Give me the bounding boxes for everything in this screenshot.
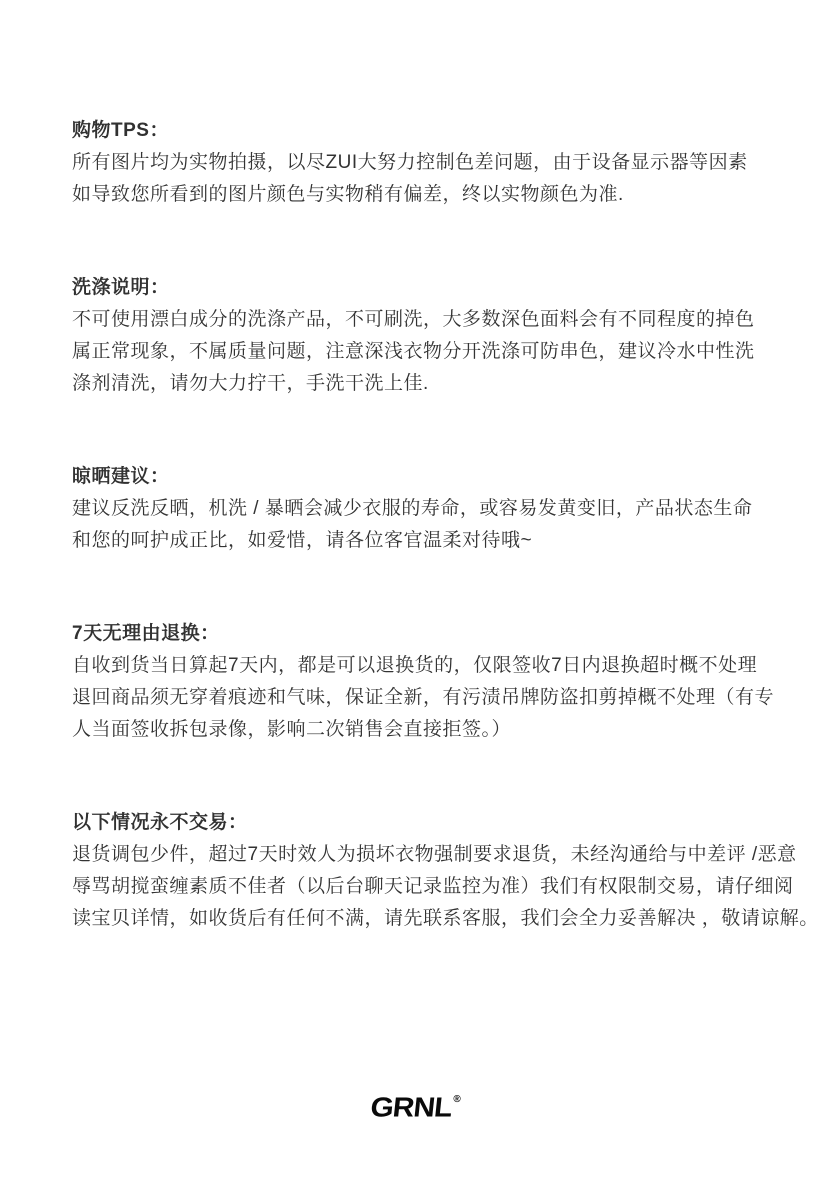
section-text-line: 建议反洗反晒，机洗 / 暴晒会减少衣服的寿命，或容易发黄变旧，产品状态生命 [72, 493, 790, 525]
section-text-line: 如导致您所看到的图片颜色与实物稍有偏差，终以实物颜色为准. [72, 179, 790, 211]
product-policy-page: 购物TPS： 所有图片均为实物拍摄，以尽ZUI大努力控制色差问题，由于设备显示器… [0, 0, 830, 1200]
section-washing-instructions: 洗涤说明： 不可使用漂白成分的洗涤产品，不可刷洗，大多数深色面料会有不同程度的掉… [72, 272, 790, 400]
section-text-line: 退回商品须无穿着痕迹和气味，保证全新，有污渍吊牌防盗扣剪掉概不处理（有专 [72, 682, 790, 714]
section-heading-drying-advice: 晾晒建议： [72, 461, 790, 493]
policy-sections: 购物TPS： 所有图片均为实物拍摄，以尽ZUI大努力控制色差问题，由于设备显示器… [72, 115, 790, 935]
section-text-line: 不可使用漂白成分的洗涤产品，不可刷洗，大多数深色面料会有不同程度的掉色 [72, 304, 790, 336]
section-text-line: 属正常现象，不属质量问题，注意深浅衣物分开洗涤可防串色，建议冷水中性洗 [72, 336, 790, 368]
section-heading-shopping-tips: 购物TPS： [72, 115, 790, 147]
section-text-line: 辱骂胡搅蛮缠素质不佳者（以后台聊天记录监控为准）我们有权限制交易，请仔细阅 [72, 871, 790, 903]
registered-trademark-icon: ® [453, 1085, 460, 1115]
section-text-line: 和您的呵护成正比，如爱惜，请各位客官温柔对待哦~ [72, 525, 790, 557]
section-text-line: 退货调包少件，超过7天时效人为损坏衣物强制要求退货，未经沟通给与中差评 /恶意 [72, 839, 790, 871]
section-text-line: 读宝贝详情，如收货后有任何不满，请先联系客服，我们会全力妥善解决 ，敬请谅解。 [72, 903, 790, 935]
brand-logo: GRNL® [0, 1092, 830, 1127]
section-no-trade-conditions: 以下情况永不交易： 退货调包少件，超过7天时效人为损坏衣物强制要求退货，未经沟通… [72, 807, 790, 935]
section-drying-advice: 晾晒建议： 建议反洗反晒，机洗 / 暴晒会减少衣服的寿命，或容易发黄变旧，产品状… [72, 461, 790, 557]
section-text-line: 自收到货当日算起7天内，都是可以退换货的，仅限签收7日内退换超时概不处理 [72, 650, 790, 682]
section-shopping-tips: 购物TPS： 所有图片均为实物拍摄，以尽ZUI大努力控制色差问题，由于设备显示器… [72, 115, 790, 211]
section-text-line: 涤剂清洗，请勿大力拧干，手洗干洗上佳. [72, 368, 790, 400]
section-text-line: 所有图片均为实物拍摄，以尽ZUI大努力控制色差问题，由于设备显示器等因素 [72, 147, 790, 179]
brand-logo-text: GRNL [369, 1094, 453, 1122]
section-heading-return-policy: 7天无理由退换： [72, 618, 790, 650]
section-return-policy: 7天无理由退换： 自收到货当日算起7天内，都是可以退换货的，仅限签收7日内退换超… [72, 618, 790, 746]
section-text-line: 人当面签收拆包录像，影响二次销售会直接拒签。） [72, 714, 790, 746]
section-heading-no-trade-conditions: 以下情况永不交易： [72, 807, 790, 839]
section-heading-washing-instructions: 洗涤说明： [72, 272, 790, 304]
